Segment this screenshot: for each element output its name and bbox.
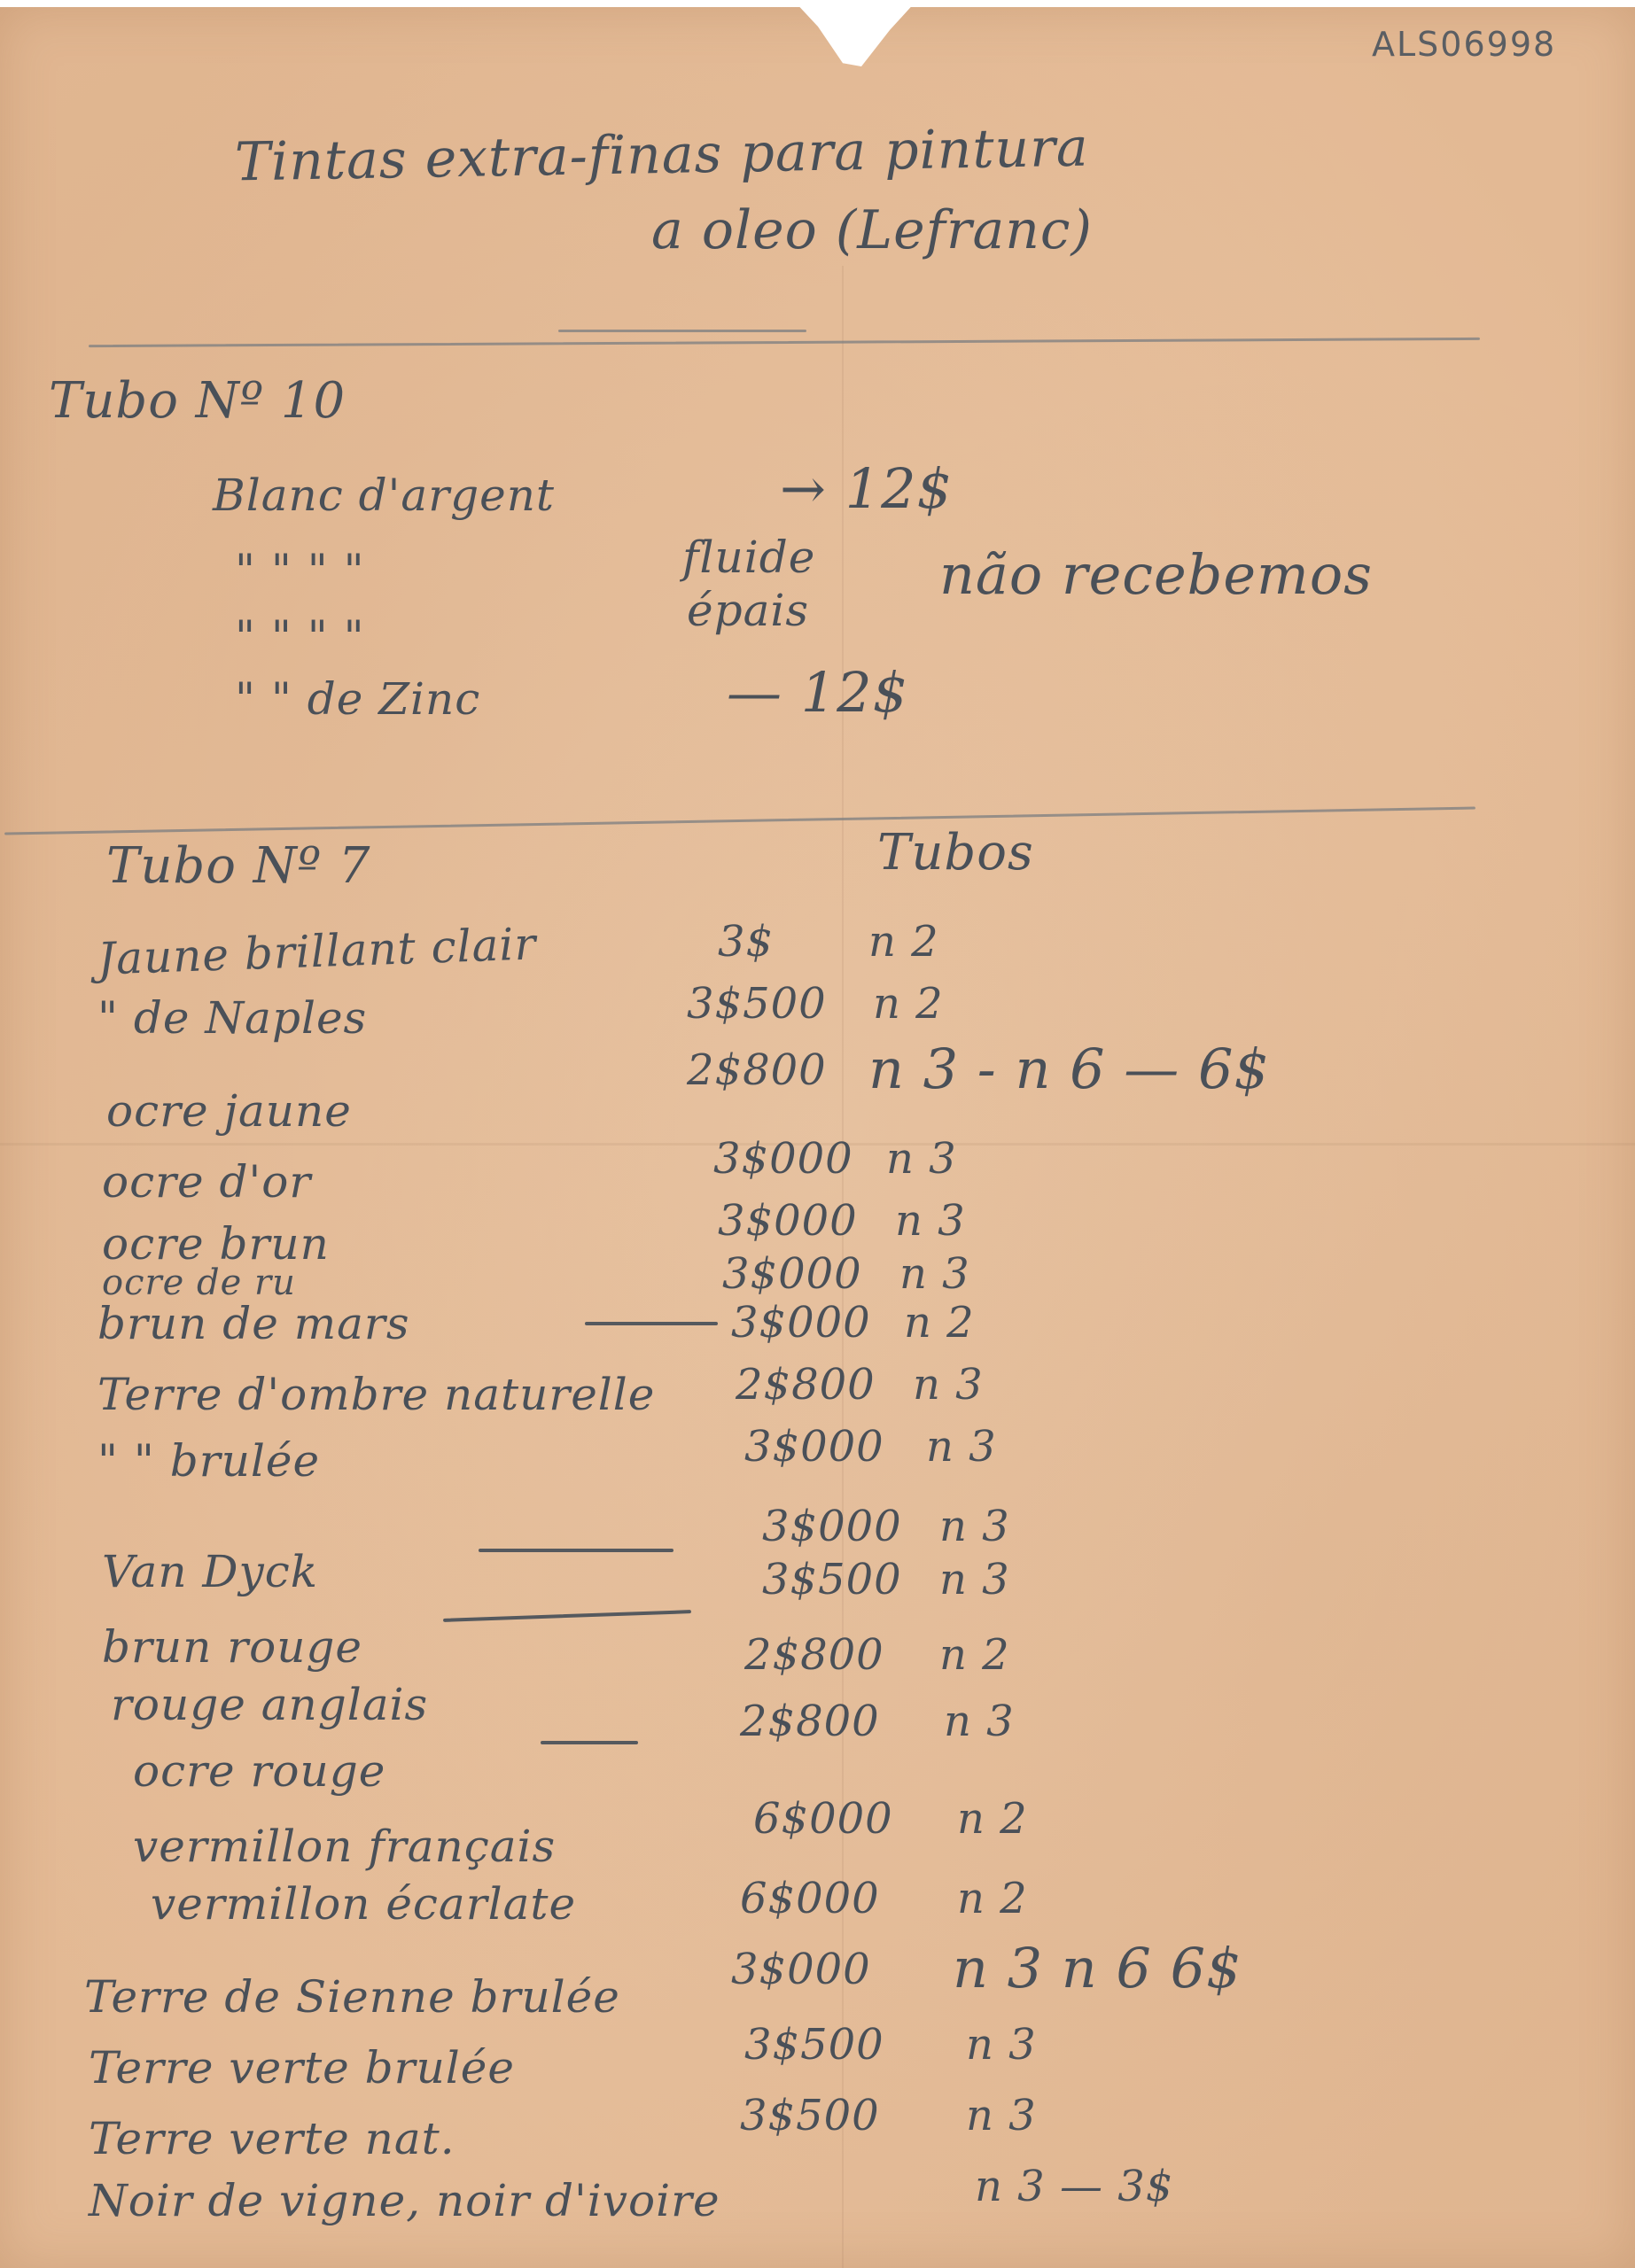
qty-row-2: n 3 - n 6 — 6$ bbox=[868, 1037, 1270, 1101]
qty-row-15: n 2 bbox=[957, 1794, 1028, 1844]
dash-row-11 bbox=[479, 1549, 673, 1552]
catalog-number: ALS06998 bbox=[1372, 25, 1556, 64]
qty-row-16: n 2 bbox=[957, 1874, 1028, 1923]
item-row-7: brun de mars bbox=[97, 1298, 409, 1349]
title-underline bbox=[558, 330, 806, 332]
ditto-row-epais: " " " " bbox=[235, 611, 365, 663]
qty-row-18: n 3 bbox=[966, 2020, 1037, 2070]
item-row-15: vermillon français bbox=[133, 1821, 556, 1872]
qty-row-6: n 3 bbox=[899, 1249, 970, 1299]
title-line-2: a oleo (Lefranc) bbox=[651, 199, 1093, 261]
price-row-15: 6$000 bbox=[753, 1794, 893, 1844]
price-row-8: 2$800 bbox=[736, 1360, 876, 1410]
nao-recebemos-note: não recebemos bbox=[939, 542, 1373, 607]
item-row-3: ocre jaune bbox=[106, 1085, 352, 1137]
price-row-9: 3$000 bbox=[744, 1422, 884, 1472]
qty-row-17: n 3 n 6 6$ bbox=[953, 1936, 1242, 2000]
price-row-6: 3$000 bbox=[722, 1249, 862, 1299]
qty-row-0: n 2 bbox=[868, 917, 939, 967]
section2-heading: Tubo Nº 7 bbox=[106, 837, 371, 895]
price-row-2: 2$800 bbox=[687, 1045, 827, 1095]
qty-row-13: n 3 bbox=[944, 1697, 1015, 1746]
item-row-11: Van Dyck bbox=[102, 1546, 318, 1597]
item-blanc-zinc-price: — 12$ bbox=[727, 660, 908, 725]
item-row-18: Terre verte brulée bbox=[89, 2042, 515, 2093]
price-row-12: 2$800 bbox=[744, 1630, 884, 1680]
item-row-12: brun rouge bbox=[102, 1621, 362, 1673]
price-row-5: 3$000 bbox=[718, 1196, 858, 1246]
price-row-19: 3$500 bbox=[740, 2091, 880, 2140]
item-row-4: ocre d'or bbox=[102, 1156, 311, 1208]
qty-row-10: n 3 bbox=[939, 1502, 1010, 1551]
dash-row-7 bbox=[585, 1322, 718, 1325]
variant-fluide: fluide bbox=[682, 532, 815, 583]
item-row-14: ocre rouge bbox=[133, 1745, 385, 1797]
qty-row-20: n 3 — 3$ bbox=[975, 2162, 1173, 2211]
item-row-19: Terre verte nat. bbox=[89, 2113, 455, 2164]
item-blanc-zinc: " " de Zinc bbox=[235, 673, 480, 725]
price-row-1: 3$500 bbox=[687, 979, 827, 1029]
price-row-7: 3$000 bbox=[731, 1298, 871, 1348]
item-row-13: rouge anglais bbox=[111, 1679, 428, 1730]
price-row-10: 3$000 bbox=[762, 1502, 902, 1551]
item-row-16: vermillon écarlate bbox=[151, 1878, 576, 1930]
qty-row-4: n 3 bbox=[886, 1134, 957, 1184]
item-row-20: Noir de vigne, noir d'ivoire bbox=[89, 2175, 720, 2226]
column-header-tubos: Tubos bbox=[877, 824, 1034, 882]
item-row-17: Terre de Sienne brulée bbox=[84, 1971, 620, 2023]
item-blanc-argent-price: → 12$ bbox=[780, 456, 953, 521]
qty-row-9: n 3 bbox=[926, 1422, 997, 1472]
price-row-13: 2$800 bbox=[740, 1697, 880, 1746]
item-row-8: Terre d'ombre naturelle bbox=[97, 1369, 655, 1420]
item-row-1: " de Naples bbox=[97, 992, 367, 1044]
price-row-18: 3$500 bbox=[744, 2020, 884, 2070]
price-row-11: 3$500 bbox=[762, 1555, 902, 1604]
qty-row-8: n 3 bbox=[913, 1360, 984, 1410]
ditto-row-fluide: " " " " bbox=[235, 545, 365, 596]
section1-heading: Tubo Nº 10 bbox=[49, 372, 346, 430]
qty-row-12: n 2 bbox=[939, 1630, 1010, 1680]
qty-row-19: n 3 bbox=[966, 2091, 1037, 2140]
qty-row-1: n 2 bbox=[873, 979, 944, 1029]
price-row-0: 3$ bbox=[718, 917, 774, 967]
item-blanc-argent: Blanc d'argent bbox=[213, 470, 555, 521]
item-row-9: " " brulée bbox=[97, 1435, 320, 1487]
qty-row-11: n 3 bbox=[939, 1555, 1010, 1604]
price-row-16: 6$000 bbox=[740, 1874, 880, 1923]
qty-row-7: n 2 bbox=[904, 1298, 975, 1348]
variant-epais: épais bbox=[687, 585, 809, 636]
price-row-17: 3$000 bbox=[731, 1945, 871, 1994]
price-row-4: 3$000 bbox=[713, 1134, 853, 1184]
dash-row-13 bbox=[541, 1741, 638, 1744]
qty-row-5: n 3 bbox=[895, 1196, 966, 1246]
